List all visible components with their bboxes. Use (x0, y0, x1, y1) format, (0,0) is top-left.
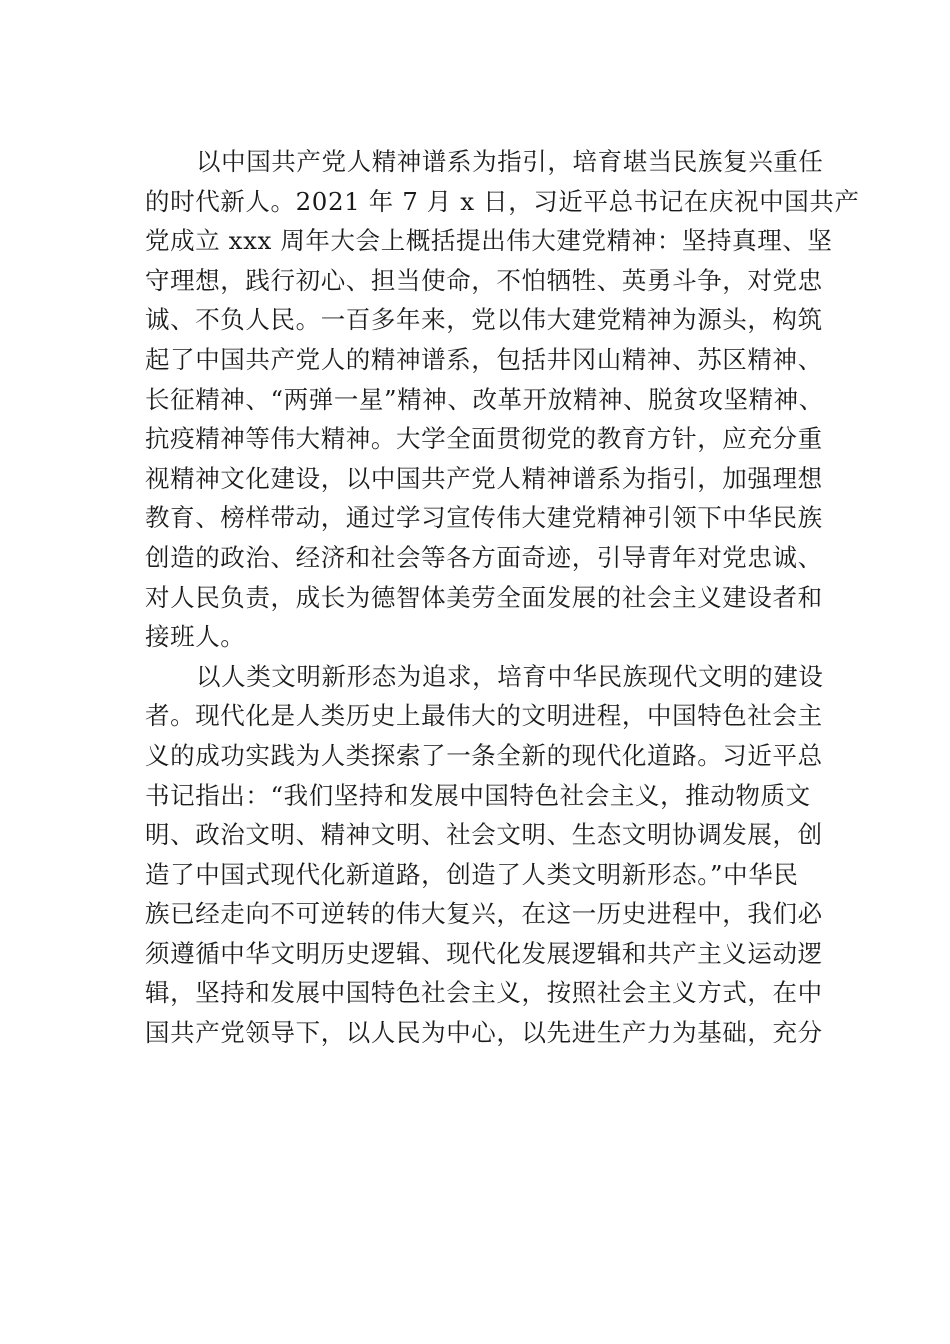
text-line: 造了中国式现代化新道路，创造了人类文明新形态。”中华民 (145, 855, 835, 895)
text-line: 须遵循中华文明历史逻辑、现代化发展逻辑和共产主义运动逻 (145, 934, 835, 974)
text-line: 的时代新人。2021 年 7 月 x 日，习近平总书记在庆祝中国共产 (145, 182, 835, 222)
text-line: 者。现代化是人类历史上最伟大的文明进程，中国特色社会主 (145, 696, 835, 736)
text-line: 书记指出：“我们坚持和发展中国特色社会主义，推动物质文 (145, 776, 835, 816)
text-line: 以人类文明新形态为追求，培育中华民族现代文明的建设 (145, 657, 835, 697)
text-line: 诚、不负人民。一百多年来，党以伟大建党精神为源头，构筑 (145, 300, 835, 340)
text-line: 抗疫精神等伟大精神。大学全面贯彻党的教育方针，应充分重 (145, 419, 835, 459)
text-line: 长征精神、“两弹一星”精神、改革开放精神、脱贫攻坚精神、 (145, 380, 835, 420)
text-line: 接班人。 (145, 617, 835, 657)
text-line: 起了中国共产党人的精神谱系，包括井冈山精神、苏区精神、 (145, 340, 835, 380)
document-body: 以中国共产党人精神谱系为指引，培育堪当民族复兴重任 的时代新人。2021 年 7… (145, 142, 835, 1053)
paragraph-2: 以人类文明新形态为追求，培育中华民族现代文明的建设 者。现代化是人类历史上最伟大… (145, 657, 835, 1053)
text-line: 党成立 xxx 周年大会上概括提出伟大建党精神：坚持真理、坚 (145, 221, 835, 261)
text-line: 义的成功实践为人类探索了一条全新的现代化道路。习近平总 (145, 736, 835, 776)
text-line: 以中国共产党人精神谱系为指引，培育堪当民族复兴重任 (145, 142, 835, 182)
text-line: 对人民负责，成长为德智体美劳全面发展的社会主义建设者和 (145, 578, 835, 618)
text-line: 视精神文化建设，以中国共产党人精神谱系为指引，加强理想 (145, 459, 835, 499)
text-line: 国共产党领导下，以人民为中心，以先进生产力为基础，充分 (145, 1013, 835, 1053)
document-page: 以中国共产党人精神谱系为指引，培育堪当民族复兴重任 的时代新人。2021 年 7… (0, 0, 950, 1344)
text-line: 明、政治文明、精神文明、社会文明、生态文明协调发展，创 (145, 815, 835, 855)
text-line: 创造的政治、经济和社会等各方面奇迹，引导青年对党忠诚、 (145, 538, 835, 578)
text-line: 辑，坚持和发展中国特色社会主义，按照社会主义方式，在中 (145, 973, 835, 1013)
text-line: 族已经走向不可逆转的伟大复兴，在这一历史进程中，我们必 (145, 894, 835, 934)
text-line: 守理想，践行初心、担当使命，不怕牺牲、英勇斗争，对党忠 (145, 261, 835, 301)
text-line: 教育、榜样带动，通过学习宣传伟大建党精神引领下中华民族 (145, 498, 835, 538)
paragraph-1: 以中国共产党人精神谱系为指引，培育堪当民族复兴重任 的时代新人。2021 年 7… (145, 142, 835, 657)
